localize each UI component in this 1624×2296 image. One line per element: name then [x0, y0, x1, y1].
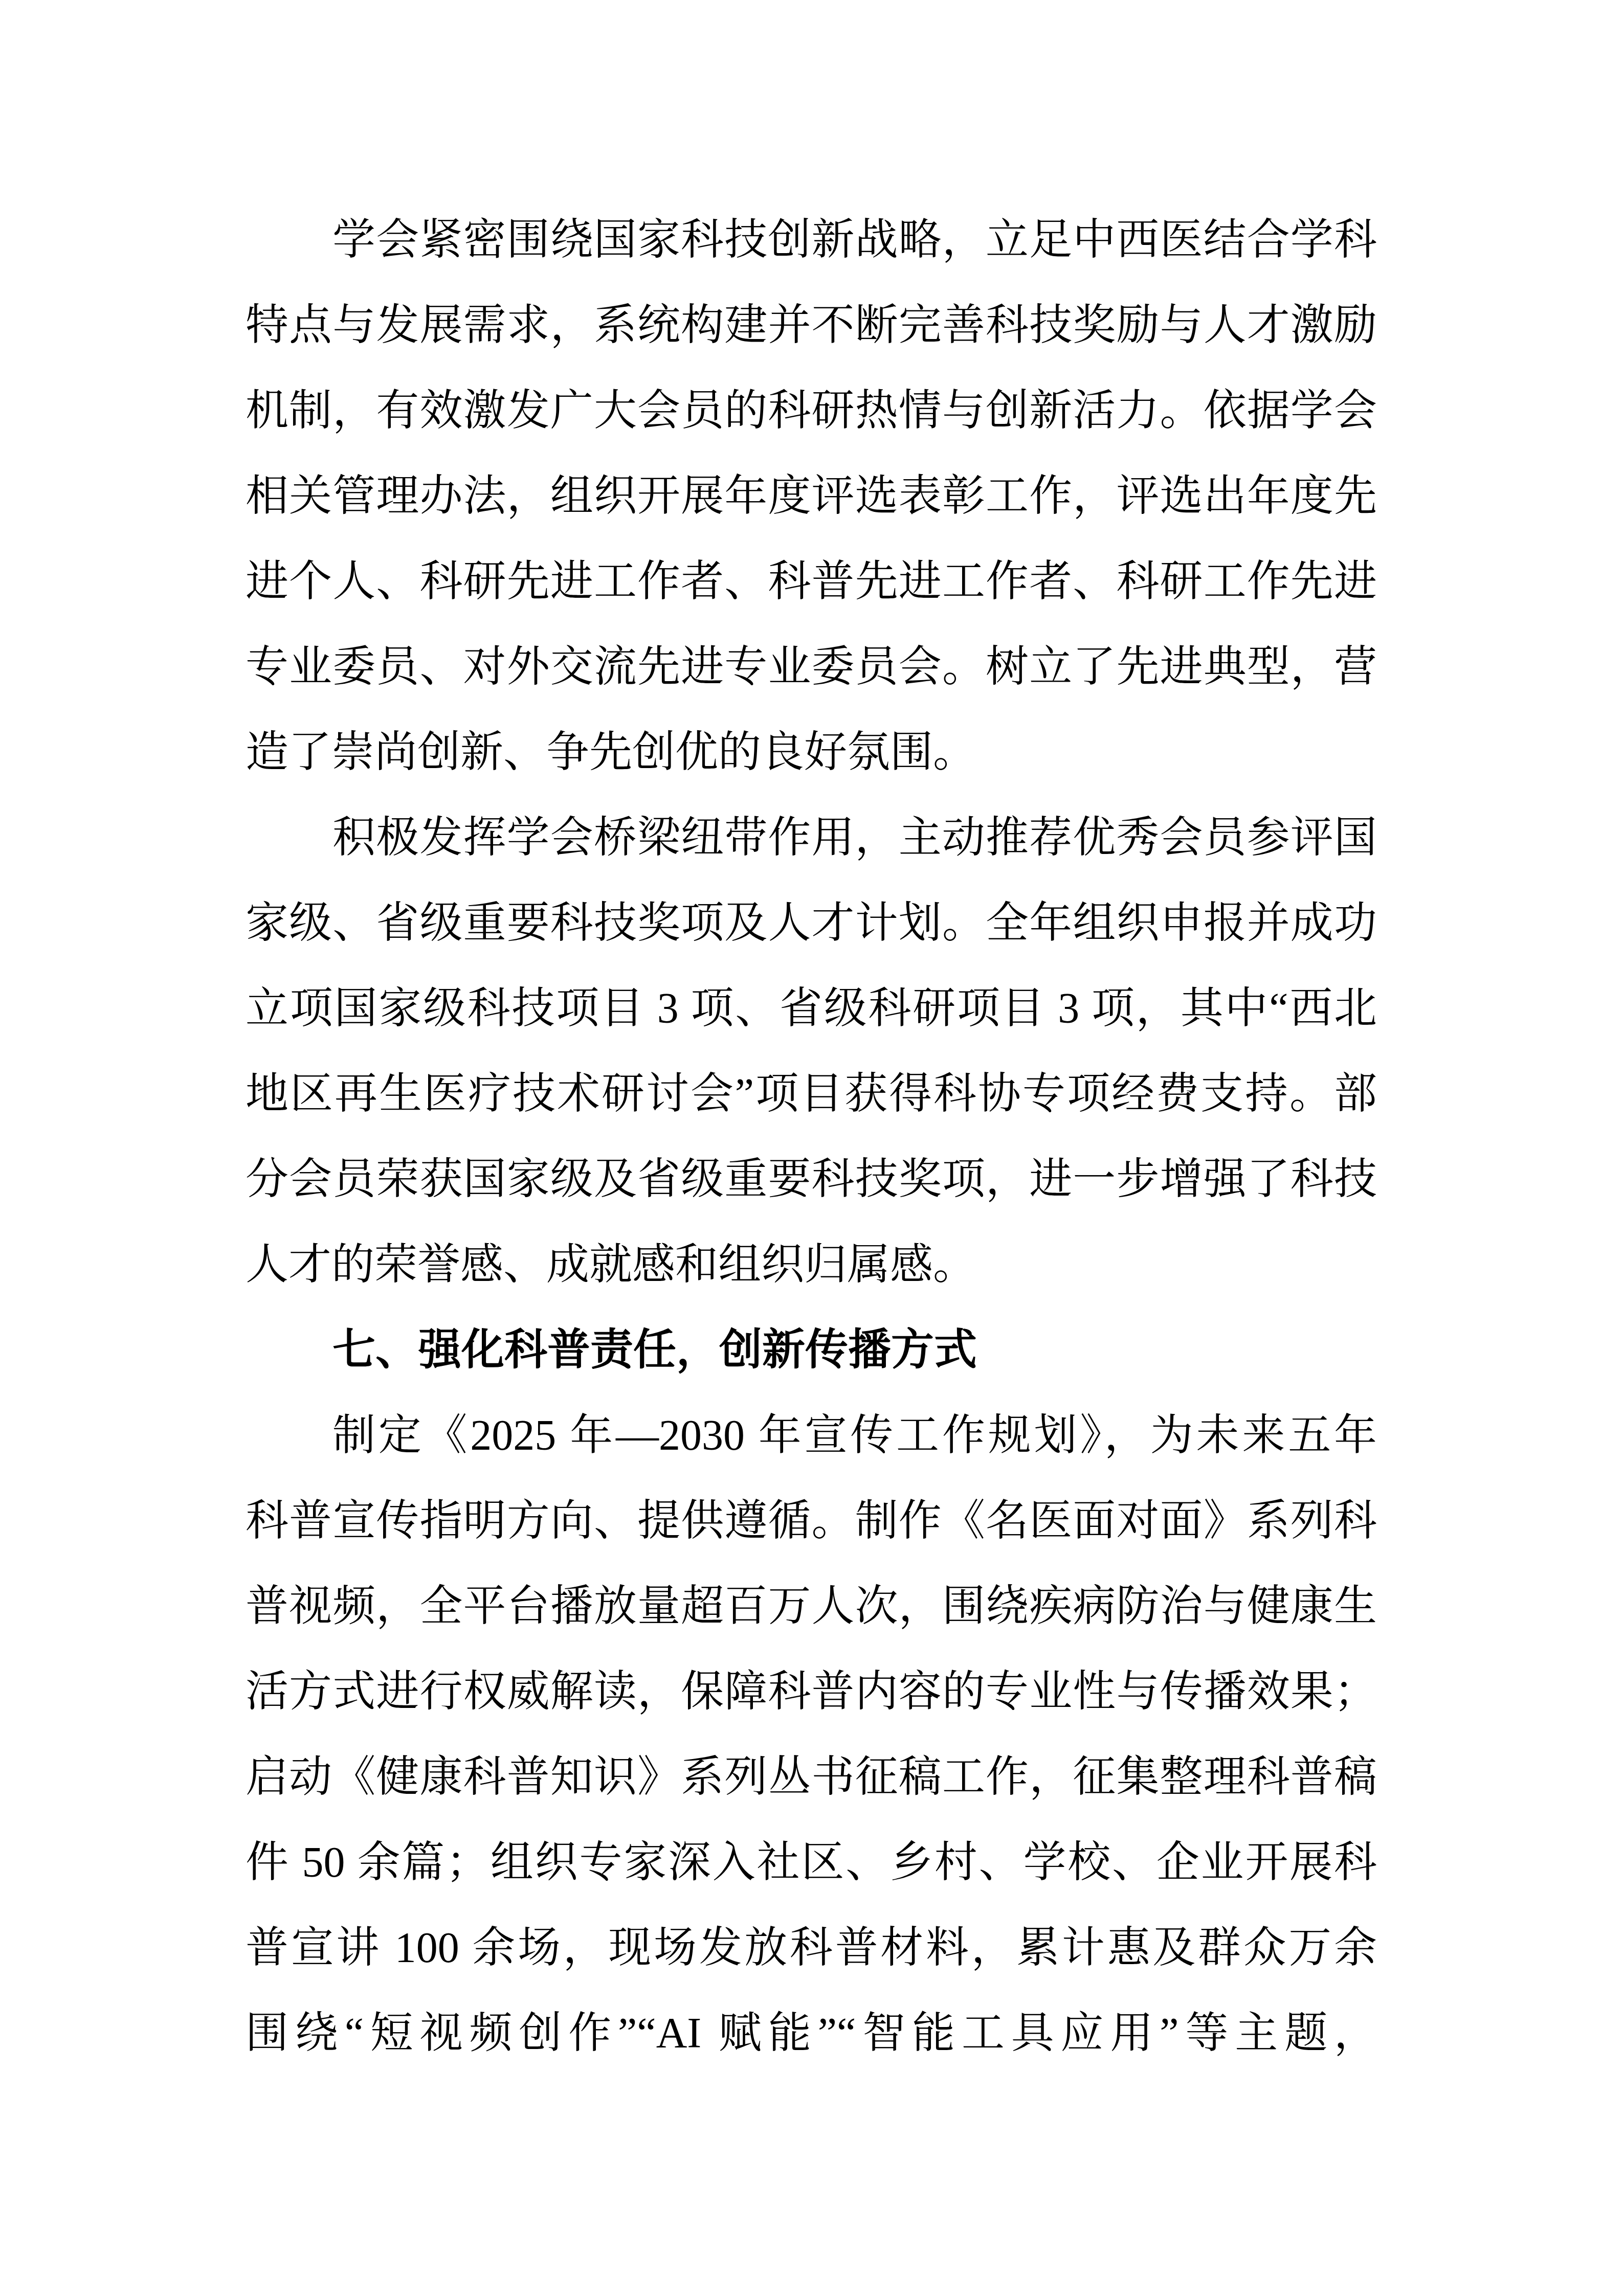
- text-line: 进个人、科研先进工作者、科普先进工作者、科研工作先进: [246, 539, 1377, 624]
- text-line: 件 50 余篇；组织专家深入社区、乡村、学校、企业开展科: [246, 1820, 1377, 1905]
- text-line: 积极发挥学会桥梁纽带作用，主动推荐优秀会员参评国: [246, 795, 1377, 881]
- text-line: 普宣讲 100 余场，现场发放科普材料，累计惠及群众万余人；: [246, 1905, 1377, 1991]
- text-line: 科普宣传指明方向、提供遵循。制作《名医面对面》系列科: [246, 1478, 1377, 1564]
- text-line: 特点与发展需求，系统构建并不断完善科技奖励与人才激励: [246, 283, 1377, 368]
- text-line: 造了崇尚创新、争先创优的良好氛围。: [246, 710, 1377, 795]
- text-line: 活方式进行权威解读，保障科普内容的专业性与传播效果；: [246, 1649, 1377, 1735]
- document-page: 学会紧密围绕国家科技创新战略，立足中西医结合学科 特点与发展需求，系统构建并不断…: [0, 0, 1624, 2296]
- text-line: 人才的荣誉感、成就感和组织归属感。: [246, 1222, 1377, 1308]
- text-line: 专业委员、对外交流先进专业委员会。树立了先进典型，营: [246, 624, 1377, 710]
- text-line: 制定《2025 年—2030 年宣传工作规划》，为未来五年: [246, 1393, 1377, 1478]
- paragraph: 积极发挥学会桥梁纽带作用，主动推荐优秀会员参评国 家级、省级重要科技奖项及人才计…: [246, 795, 1377, 1308]
- section-heading-text: 七、强化科普责任，创新传播方式: [246, 1308, 1377, 1393]
- text-line: 机制，有效激发广大会员的科研热情与创新活力。依据学会: [246, 368, 1377, 454]
- text-line: 启动《健康科普知识》系列丛书征稿工作，征集整理科普稿: [246, 1735, 1377, 1820]
- text-line: 立项国家级科技项目 3 项、省级科研项目 3 项，其中“西北: [246, 966, 1377, 1051]
- text-line: 围绕“短视频创作”“AI 赋能”“智能工具应用”等主题，: [246, 1991, 1377, 2076]
- paragraph: 制定《2025 年—2030 年宣传工作规划》，为未来五年 科普宣传指明方向、提…: [246, 1393, 1377, 2076]
- section-heading: 七、强化科普责任，创新传播方式: [246, 1308, 1377, 1393]
- document-content: 学会紧密围绕国家科技创新战略，立足中西医结合学科 特点与发展需求，系统构建并不断…: [246, 197, 1377, 2076]
- paragraph: 学会紧密围绕国家科技创新战略，立足中西医结合学科 特点与发展需求，系统构建并不断…: [246, 197, 1377, 795]
- text-line: 相关管理办法，组织开展年度评选表彰工作，评选出年度先: [246, 454, 1377, 539]
- text-line: 家级、省级重要科技奖项及人才计划。全年组织申报并成功: [246, 881, 1377, 966]
- text-line: 普视频，全平台播放量超百万人次，围绕疾病防治与健康生: [246, 1564, 1377, 1649]
- text-line: 学会紧密围绕国家科技创新战略，立足中西医结合学科: [246, 197, 1377, 283]
- text-line: 地区再生医疗技术研讨会”项目获得科协专项经费支持。部: [246, 1051, 1377, 1137]
- text-line: 分会员荣获国家级及省级重要科技奖项，进一步增强了科技: [246, 1137, 1377, 1222]
